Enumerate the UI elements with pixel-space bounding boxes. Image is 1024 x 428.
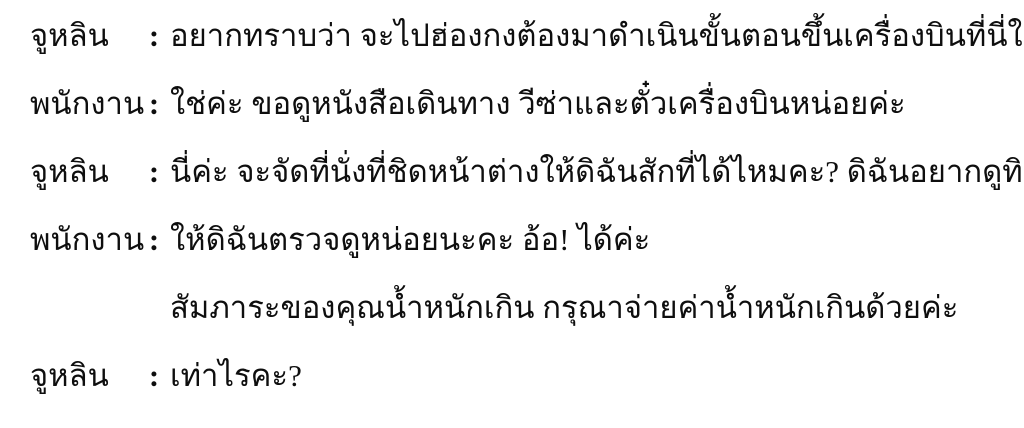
dialogue-line: พนักงาน : ใช่ค่ะ ขอดูหนังสือเดินทาง วีซ่… xyxy=(30,84,1010,152)
speaker-name: พนักงาน xyxy=(30,84,138,124)
colon-separator: : xyxy=(138,220,170,260)
dialogue-text: อยากทราบว่า จะไปฮ่องกงต้องมาดำเนินขั้นตอ… xyxy=(170,16,1024,56)
speaker-name: จูหลิน xyxy=(30,152,138,192)
dialogue-text: เท่าไรคะ? xyxy=(170,356,1010,396)
speaker-name: พนักงาน xyxy=(30,220,138,260)
speaker-name: จูหลิน xyxy=(30,356,138,396)
dialogue-text: นี่ค่ะ จะจัดที่นั่งที่ชิดหน้าต่างให้ดิฉั… xyxy=(170,152,1024,192)
dialogue-line: จูหลิน : นี่ค่ะ จะจัดที่นั่งที่ชิดหน้าต่… xyxy=(30,152,1010,220)
dialogue-line-continuation: สัมภาระของคุณน้ำหนักเกิน กรุณาจ่ายค่าน้ำ… xyxy=(30,288,1010,356)
dialogue-text: ให้ดิฉันตรวจดูหน่อยนะคะ อ้อ! ได้ค่ะ xyxy=(170,220,1010,260)
dialogue-line: จูหลิน : อยากทราบว่า จะไปฮ่องกงต้องมาดำเ… xyxy=(30,16,1010,84)
document-page: จูหลิน : อยากทราบว่า จะไปฮ่องกงต้องมาดำเ… xyxy=(0,0,1024,428)
speaker-name: จูหลิน xyxy=(30,16,138,56)
colon-separator: : xyxy=(138,356,170,396)
colon-separator: : xyxy=(138,152,170,192)
colon-separator: : xyxy=(138,84,170,124)
dialogue-line: จูหลิน : เท่าไรคะ? xyxy=(30,356,1010,424)
colon-separator: : xyxy=(138,16,170,56)
dialogue-text: สัมภาระของคุณน้ำหนักเกิน กรุณาจ่ายค่าน้ำ… xyxy=(170,288,1010,328)
dialogue-line: พนักงาน : ให้ดิฉันตรวจดูหน่อยนะคะ อ้อ! ไ… xyxy=(30,220,1010,288)
dialogue-text: ใช่ค่ะ ขอดูหนังสือเดินทาง วีซ่าและตั๋วเค… xyxy=(170,84,1010,124)
